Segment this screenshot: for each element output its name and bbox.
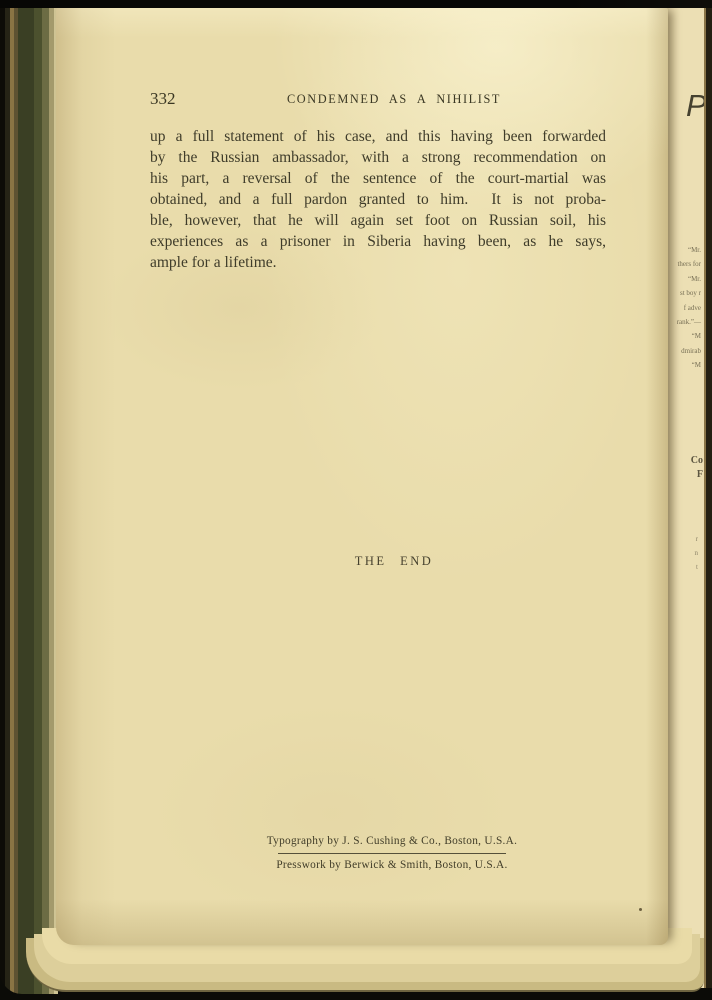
- faint-mark: r: [668, 532, 698, 546]
- colophon-presswork-line: Presswork by Berwick & Smith, Boston, U.…: [164, 858, 620, 873]
- body-line: obtained, and a full pardon granted to h…: [150, 189, 606, 210]
- body-line: his part, a reversal of the sentence of …: [150, 168, 606, 189]
- body-line: experiences as a prisoner in Siberia hav…: [150, 231, 606, 252]
- colophon: Typography by J. S. Cushing & Co., Bosto…: [164, 834, 620, 873]
- scan-top-edge: [0, 0, 712, 8]
- next-page-catalog-fragments: Co F: [663, 454, 703, 482]
- paper-speck: [639, 908, 642, 911]
- book-page: 332 CONDEMNED AS A NIHILIST up a full st…: [56, 8, 668, 945]
- body-paragraph: up a full statement of his case, and thi…: [150, 126, 606, 273]
- end-caption: THE END: [166, 554, 622, 569]
- running-header: CONDEMNED AS A NIHILIST: [166, 92, 622, 107]
- body-line: by the Russian ambassador, with a strong…: [150, 147, 606, 168]
- next-page-faint-marks: r n t: [668, 532, 698, 574]
- body-line: up a full statement of his case, and thi…: [150, 126, 606, 147]
- book-binding-edge: [0, 0, 58, 994]
- page-edge-line: [704, 0, 712, 988]
- scanned-book-spread: PO “Mr. thers for “Mr. st boy r f adve r…: [0, 0, 712, 1000]
- page-header: 332 CONDEMNED AS A NIHILIST: [150, 89, 606, 109]
- faint-mark: t: [668, 560, 698, 574]
- body-line: ble, however, that he will again set foo…: [150, 210, 606, 231]
- catalog-fragment: F: [663, 468, 703, 482]
- page-text-block: 332 CONDEMNED AS A NIHILIST up a full st…: [150, 8, 606, 945]
- colophon-divider-rule: [278, 853, 506, 854]
- catalog-fragment: Co: [663, 454, 703, 468]
- body-line: ample for a lifetime.: [150, 252, 606, 273]
- faint-mark: n: [668, 546, 698, 560]
- colophon-typography-line: Typography by J. S. Cushing & Co., Bosto…: [164, 834, 620, 849]
